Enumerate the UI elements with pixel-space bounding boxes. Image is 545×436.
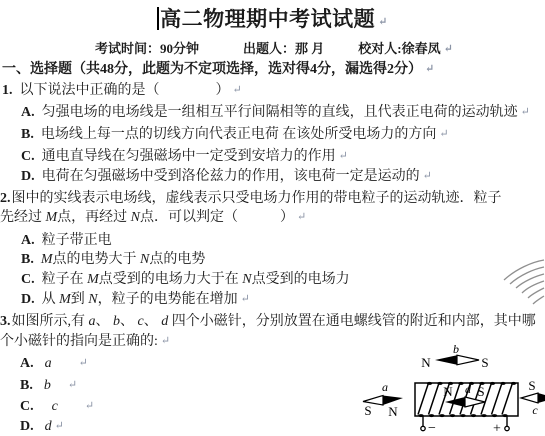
stem-text: 点．可以判定（ ） (140, 210, 294, 225)
solenoid-figure: N b S (355, 340, 545, 436)
option-label: D. (21, 292, 35, 307)
question-2-option-b: B.M点的电势大于 N点的电势 (21, 252, 205, 268)
needle-a-label: a (382, 380, 388, 394)
question-1-number: 1. (2, 83, 13, 98)
option-label: D. (21, 169, 35, 184)
option-label: A. (21, 233, 35, 248)
field-lines-figure (503, 257, 545, 312)
option-text: ，粒子的电势能在增加 (98, 292, 238, 307)
coil-cap (450, 414, 455, 417)
needle-b-pole-s: S (481, 355, 488, 370)
coil-cap (471, 414, 476, 417)
paragraph-mark: ↵ (378, 16, 388, 28)
section-header: 一、选择题（共48分，此题为不定项选择，选对得4分，漏选得2分）↵ (2, 62, 434, 78)
needle-c-label: c (532, 403, 538, 417)
option-letter: b (44, 378, 51, 393)
question-3-option-a: A.a↵ (20, 356, 88, 372)
option-label: C. (20, 399, 34, 414)
paragraph-mark: ↵ (439, 128, 448, 140)
question-2-option-a: A.粒子带正电 (21, 233, 112, 249)
negative-sign: − (428, 421, 436, 436)
stem-text: 、 (120, 314, 138, 329)
compass-needle-a: a S N (363, 380, 403, 419)
stem-text: 先经过 (0, 210, 46, 225)
positive-terminal (505, 426, 509, 430)
option-text: 粒子带正电 (42, 233, 112, 248)
question-1-text: 以下说法中正确的是（ ） (20, 83, 230, 98)
option-label: B. (21, 252, 34, 267)
question-2-stem-line2: 先经过 M点，再经过 N点．可以判定（ ）↵ (0, 210, 306, 226)
question-1-option-a: A.匀强电场的电场线是一组相互平行间隔相等的直线，且代表正电荷的运动轨迹↵ (21, 105, 530, 121)
option-text: 到 (71, 292, 89, 307)
question-3-number: 3. (0, 314, 11, 329)
paragraph-mark: ↵ (423, 170, 432, 182)
needle-b-dark-half (435, 355, 457, 365)
option-text: 粒子在 (42, 272, 88, 287)
coil-cap (500, 382, 505, 385)
negative-terminal (421, 426, 425, 430)
paragraph-mark: ↵ (233, 84, 242, 96)
paragraph-mark: ↵ (425, 63, 434, 75)
coil-cap (458, 382, 463, 385)
field-line (528, 288, 544, 298)
option-text: 从 (42, 292, 60, 307)
option-label: A. (20, 356, 34, 371)
positive-sign: + (493, 422, 501, 436)
paragraph-mark: ↵ (79, 357, 88, 369)
point-n-label: N (131, 210, 140, 225)
question-3-stem-line2: 个小磁针的指向是正确的:↵ (0, 334, 170, 350)
question-1-option-c: C.通电直导线在匀强磁场中一定受到安培力的作用↵ (21, 149, 348, 165)
stem-text: 、 (96, 314, 114, 329)
exam-info-line: 考试时间：90分钟出题人：那 月校对人:徐春凤↵ (95, 42, 453, 57)
point-n-label: N (140, 252, 149, 267)
stem-text: 、 (144, 314, 162, 329)
question-2-option-d: D.从 M到 N，粒子的电势能在增加↵ (21, 292, 250, 308)
exam-setter: 出题人：那 月 (243, 41, 324, 56)
paragraph-mark: ↵ (55, 420, 64, 432)
question-3-option-c: C.c↵ (20, 399, 94, 415)
question-3-stem-line1: 3.如图所示,有 a、 b、 c、 d 四个小磁针，分别放置在通电螺线管的附近和… (0, 314, 536, 330)
option-label: C. (21, 149, 35, 164)
question-2-number: 2. (0, 191, 11, 206)
option-text: 点受到的电场力大于在 (99, 272, 243, 287)
solenoid-terminals: − + (421, 416, 509, 436)
question-1-option-d: D.电荷在匀强磁场中受到洛伦兹力的作用，该电荷一定是运动的↵ (21, 169, 432, 185)
point-n-label: N (242, 272, 251, 287)
needle-b-pole-n: N (421, 355, 431, 370)
needle-b-light-half (457, 355, 479, 365)
question-3-option-d: D.d↵ (20, 419, 64, 435)
compass-needle-c: S c (521, 378, 545, 417)
option-label: C. (21, 272, 35, 287)
option-text: 匀强电场的电场线是一组相互平行间隔相等的直线，且代表正电荷的运动轨迹 (42, 105, 518, 120)
exam-title-line: 高二物理期中考试试题↵ (0, 7, 545, 31)
paragraph-mark: ↵ (85, 400, 94, 412)
coil-cap (429, 414, 434, 417)
paragraph-mark: ↵ (161, 335, 170, 347)
coil-cap (439, 414, 444, 417)
option-text: 点的电势大于 (53, 252, 141, 267)
needle-a-pole-n: N (388, 404, 398, 419)
option-text: 电场线上每一点的切线方向代表正电荷 在该处所受电场力的方向 (41, 127, 437, 142)
paragraph-mark: ↵ (521, 106, 530, 118)
exam-time: 考试时间：90分钟 (95, 41, 199, 56)
paragraph-mark: ↵ (444, 43, 453, 55)
point-m-label: M (41, 252, 53, 267)
option-label: B. (21, 127, 34, 142)
option-letter: a (45, 356, 52, 371)
coil-cap (427, 382, 432, 385)
coil-cap (490, 382, 495, 385)
point-m-label: M (87, 272, 99, 287)
question-1-stem: 1.以下说法中正确的是（ ）↵ (2, 83, 242, 99)
option-letter: d (45, 419, 52, 434)
option-text: 点的电势 (149, 252, 205, 267)
coil-cap (492, 414, 497, 417)
question-2-stem-line1: 2.图中的实线表示电场线，虚线表示只受电场力作用的带电粒子的运动轨迹．粒子 (0, 191, 502, 207)
option-label: B. (20, 378, 33, 393)
point-m-label: M (46, 210, 58, 225)
document-page[interactable]: 高二物理期中考试试题↵ 考试时间：90分钟出题人：那 月校对人:徐春凤↵ 一、选… (0, 0, 545, 436)
needle-b-ref: b (113, 314, 120, 329)
point-m-label: M (59, 292, 71, 307)
stem-text: 点，再经过 (57, 210, 131, 225)
paragraph-mark: ↵ (241, 293, 250, 305)
needle-d-label: d (465, 382, 472, 396)
needle-c-dark-half (538, 393, 545, 403)
option-text: 点受到的电场力 (252, 272, 350, 287)
option-label: D. (20, 419, 34, 434)
needle-d-pole-s: S (477, 384, 484, 399)
text-cursor (157, 7, 159, 30)
option-text: 通电直导线在匀强磁场中一定受到安培力的作用 (42, 149, 336, 164)
stem-text: 个小磁针的指向是正确的: (0, 334, 158, 349)
stem-text: 四个小磁针，分别放置在通电螺线管的附近和内部，其中哪 (168, 314, 536, 329)
paragraph-mark: ↵ (339, 150, 348, 162)
compass-needle-b: N b S (421, 342, 488, 370)
question-2-text: 图中的实线表示电场线，虚线表示只受电场力作用的带电粒子的运动轨迹．粒子 (12, 191, 502, 206)
stem-text: 如图所示,有 (12, 314, 89, 329)
needle-d-pole-n: N (443, 384, 453, 399)
option-label: A. (21, 105, 35, 120)
field-line (533, 296, 544, 304)
exam-proofreader: 校对人:徐春凤 (358, 41, 440, 56)
section-heading-text: 一、选择题（共48分，此题为不定项选择，选对得4分，漏选得2分） (2, 62, 422, 77)
coil-cap (481, 414, 486, 417)
needle-a-ref: a (89, 314, 96, 329)
needle-c-light-half (521, 393, 538, 403)
option-letter: c (52, 399, 58, 414)
needle-c-pole-s: S (528, 378, 535, 393)
needle-b-label: b (453, 342, 459, 356)
question-2-option-c: C.粒子在 M点受到的电场力大于在 N点受到的电场力 (21, 272, 350, 288)
coil-cap (437, 382, 442, 385)
needle-a-pole-s: S (364, 403, 371, 418)
option-text: 电荷在匀强磁场中受到洛伦兹力的作用，该电荷一定是运动的 (42, 169, 420, 184)
question-1-option-b: B.电场线上每一点的切线方向代表正电荷 在该处所受电场力的方向↵ (21, 127, 449, 143)
field-line (522, 281, 544, 293)
paragraph-mark: ↵ (68, 379, 77, 391)
coil-cap (511, 382, 516, 385)
question-3-option-b: B.b↵ (20, 378, 77, 394)
field-line-arcs (504, 260, 544, 304)
paragraph-mark: ↵ (297, 211, 306, 223)
exam-title: 高二物理期中考试试题 (160, 7, 375, 31)
coil-cap (460, 414, 465, 417)
point-n-label: N (88, 292, 97, 307)
field-line (504, 260, 544, 280)
